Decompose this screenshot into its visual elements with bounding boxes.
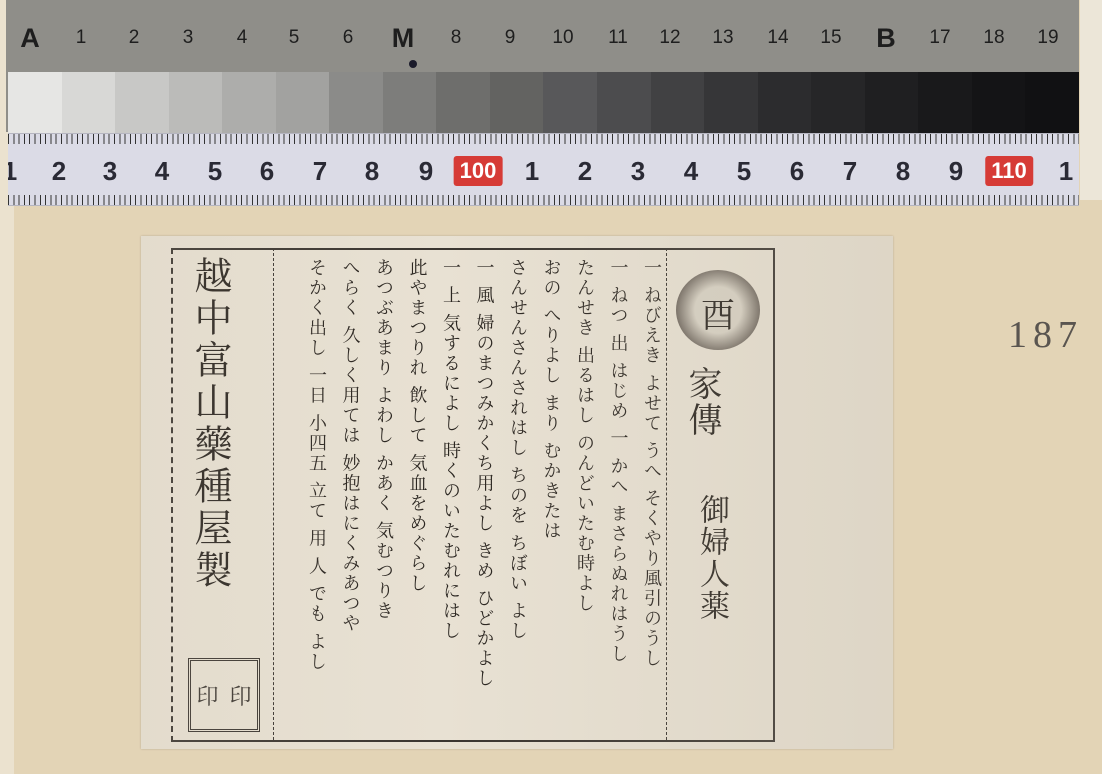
gray-step (276, 72, 330, 134)
grayscale-step-wedge (8, 72, 1079, 134)
gray-step (115, 72, 169, 134)
gray-step (918, 72, 972, 134)
round-seal: 酉 (676, 270, 760, 350)
target-label: 10 (552, 18, 573, 58)
text-column: さんせんさんされはし ちのを ちぼい よし (504, 258, 530, 728)
text-column: そかく出し 一日 小四五 立て 用 人 でも よし (303, 258, 329, 728)
text-column: たんせき 出るはし のんどいたむ時よし (571, 258, 597, 728)
tape-label: 110 (985, 156, 1033, 186)
tape-label: 5 (208, 156, 222, 186)
column-divider (666, 248, 667, 740)
text-column: 此やまつりれ 飲して 気血をめぐらし (404, 258, 430, 728)
tape-label: 3 (631, 156, 645, 186)
tape-label: 9 (949, 156, 963, 186)
target-label: 18 (983, 18, 1004, 58)
tape-label: 5 (737, 156, 751, 186)
gray-step (329, 72, 383, 134)
target-label: 2 (129, 18, 140, 58)
target-label: 3 (183, 18, 194, 58)
target-label: 13 (712, 18, 733, 58)
text-column: 一 上 気するによし 時くのいたむれにはし (437, 258, 463, 728)
gray-step (543, 72, 597, 134)
tape-label: 4 (155, 156, 169, 186)
gray-step (704, 72, 758, 134)
medicine-wrapper-document: 酉 家傳 御婦人薬 越中富山藥種屋製 印印 一 ねびえき よせて うへ そくやり… (141, 236, 893, 749)
target-label: 5 (289, 18, 300, 58)
text-column: へらく 久しく用ては 妙抱はにくみあつや (337, 258, 363, 728)
gray-step (651, 72, 705, 134)
marker-dot (409, 60, 417, 68)
tape-label: 2 (578, 156, 592, 186)
print-frame (171, 248, 775, 742)
tape-label: 6 (260, 156, 274, 186)
background-edge (1080, 0, 1102, 200)
gray-step (1025, 72, 1079, 134)
tape-ticks-top (8, 134, 1079, 144)
square-seal: 印印 (188, 658, 260, 732)
document-subtitle: 御婦人薬 (689, 494, 733, 622)
target-label: 14 (767, 18, 788, 58)
tape-label: 6 (790, 156, 804, 186)
tape-label: 8 (365, 156, 379, 186)
text-column: あつぶあまり よわし かあく 気むつりき (370, 258, 396, 728)
target-label: 4 (237, 18, 248, 58)
target-label: 6 (343, 18, 354, 58)
tape-label: 1 (525, 156, 539, 186)
tape-label: 100 (454, 156, 503, 186)
target-scale-labels: A123456M89101112131415B171819 (6, 18, 1079, 58)
text-column: 一 風 婦のまつみかくち用よし きめ ひどかよし (471, 258, 497, 728)
text-column: おの へりよし まり むかきたは (538, 258, 564, 728)
handwritten-catalog-number: 187 (1008, 313, 1083, 357)
target-label: 19 (1037, 18, 1058, 58)
tape-label: 7 (843, 156, 857, 186)
gray-step (972, 72, 1026, 134)
tape-label: 7 (313, 156, 327, 186)
text-column: 一 ねびえき よせて うへ そくやり風引のうし (638, 258, 664, 728)
tape-label: 1 (8, 156, 17, 186)
gray-step (222, 72, 276, 134)
gray-step (490, 72, 544, 134)
target-label: A (20, 18, 40, 58)
target-label: 15 (820, 18, 841, 58)
gray-step (436, 72, 490, 134)
measuring-tape: 1234567891001234567891101 (8, 133, 1079, 206)
tape-label: 4 (684, 156, 698, 186)
tape-label: 2 (52, 156, 66, 186)
target-label: 8 (451, 18, 462, 58)
tape-label: 9 (419, 156, 433, 186)
gray-step (811, 72, 865, 134)
text-column: 一 ねつ 出 はじめ 一 かへ まさらぬれはうし (605, 258, 631, 728)
tape-label: 3 (103, 156, 117, 186)
target-label: 12 (659, 18, 680, 58)
column-divider (273, 248, 274, 740)
gray-step (597, 72, 651, 134)
gray-step (383, 72, 437, 134)
target-label: 11 (608, 18, 628, 58)
gray-step (169, 72, 223, 134)
tape-label: 8 (896, 156, 910, 186)
gray-step (758, 72, 812, 134)
tape-ticks-bottom (8, 195, 1079, 205)
gray-step (865, 72, 919, 134)
maker-name: 越中富山藥種屋製 (183, 256, 238, 592)
target-label: 9 (505, 18, 516, 58)
target-label: B (876, 18, 896, 58)
target-label: 1 (76, 18, 87, 58)
tape-label: 1 (1059, 156, 1073, 186)
gray-step (8, 72, 62, 134)
document-title: 家傳 (678, 366, 727, 438)
target-label: 17 (929, 18, 950, 58)
gray-step (62, 72, 116, 134)
target-label: M (392, 18, 415, 58)
